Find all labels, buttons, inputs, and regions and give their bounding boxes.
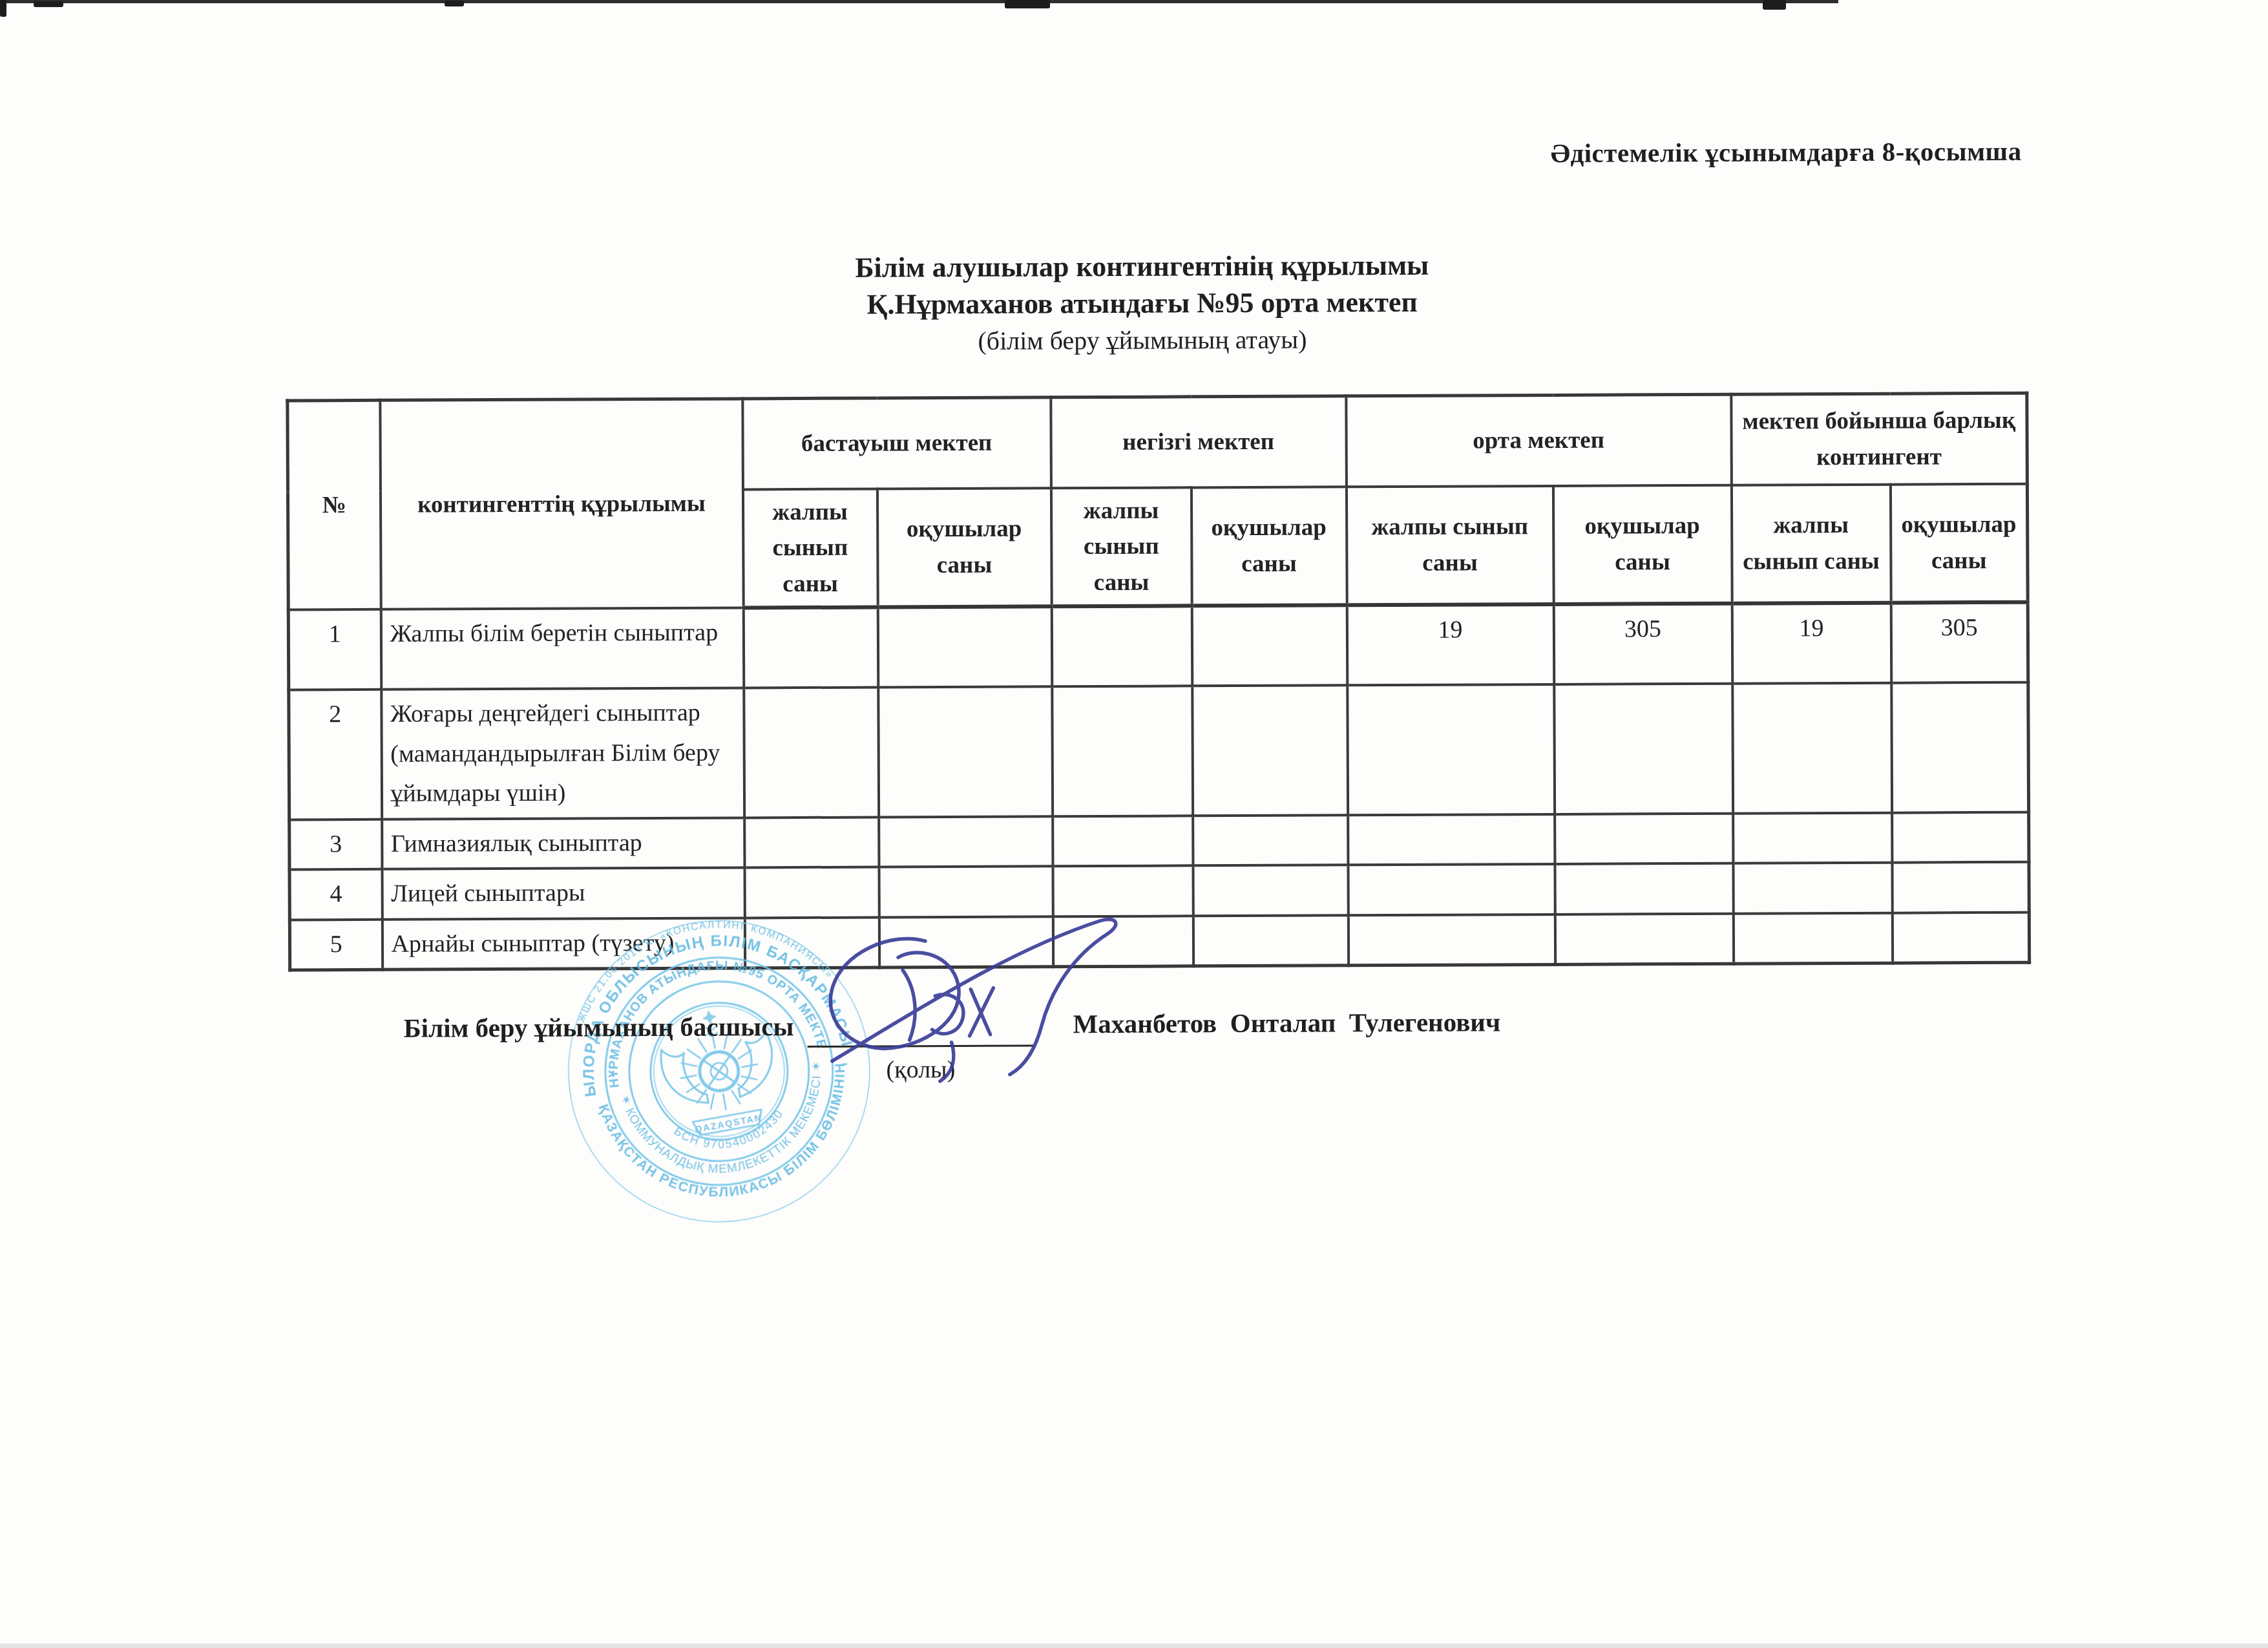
subheader-whole-classes: жалпы сынып саны bbox=[1731, 484, 1891, 604]
row-structure: Лицей сыныптары bbox=[382, 868, 744, 920]
org-name-caption: (білім беру ұйымының атауы) bbox=[632, 319, 1653, 361]
cell-value bbox=[1554, 684, 1733, 814]
cell-value bbox=[1891, 682, 2029, 813]
cell-value bbox=[1733, 863, 1892, 914]
subheader-whole-students: оқушылар саны bbox=[1890, 483, 2028, 602]
row-number: 4 bbox=[289, 869, 382, 920]
cell-value bbox=[1052, 686, 1193, 816]
cell-value bbox=[744, 687, 879, 818]
col-header-structure: контингенттің құрылымы bbox=[380, 399, 743, 609]
appendix-note: Әдістемелік ұсынымдарға 8-қосымша bbox=[1551, 136, 2022, 169]
cell-value bbox=[1892, 912, 2029, 963]
cell-value bbox=[1348, 864, 1555, 915]
cell-value bbox=[1733, 812, 1892, 863]
cell-value bbox=[743, 607, 878, 688]
group-header-primary-school: бастауыш мектеп bbox=[742, 397, 1051, 489]
cell-value bbox=[1555, 863, 1733, 914]
subheader-primary-classes: жалпы сынып саны bbox=[742, 489, 877, 607]
school-name-title: Қ.Нұрмаханов атындағы №95 орта мектеп bbox=[632, 282, 1653, 324]
subheader-primary-students: оқушылар саны bbox=[877, 488, 1051, 607]
cell-value bbox=[1193, 865, 1348, 916]
cell-value bbox=[1892, 862, 2029, 913]
cell-value: 19 bbox=[1732, 603, 1891, 684]
scanned-document-page: Әдістемелік ұсынымдарға 8-қосымша Білім … bbox=[0, 0, 2268, 1648]
group-header-basic-school: негізгі мектеп bbox=[1051, 396, 1347, 488]
row-structure: Жалпы білім беретін сыныптар bbox=[381, 607, 744, 689]
table-row: 3 Гимназиялық сыныптар bbox=[289, 812, 2029, 869]
subheader-basic-classes: жалпы сынып саны bbox=[1051, 487, 1192, 606]
cell-value bbox=[877, 606, 1052, 687]
group-header-secondary-school: орта мектеп bbox=[1346, 394, 1732, 487]
group-header-whole-school: мектеп бойынша барлық контингент bbox=[1731, 393, 2028, 485]
cell-value: 305 bbox=[1891, 602, 2028, 683]
cell-value bbox=[1193, 815, 1348, 866]
cell-value bbox=[1193, 915, 1348, 966]
cell-value bbox=[1348, 814, 1555, 865]
col-header-no: № bbox=[288, 400, 381, 609]
subheader-basic-students: оқушылар саны bbox=[1191, 487, 1347, 606]
row-number: 1 bbox=[288, 609, 381, 690]
document-content: Әдістемелік ұсынымдарға 8-қосымша Білім … bbox=[0, 0, 2268, 1648]
cell-value: 19 bbox=[1347, 604, 1554, 685]
signature bbox=[764, 898, 1165, 1107]
row-number: 2 bbox=[289, 690, 382, 819]
cell-value bbox=[1192, 685, 1348, 816]
cell-value bbox=[878, 686, 1053, 817]
subheader-secondary-students: оқушылар саны bbox=[1553, 485, 1732, 604]
row-structure: Жоғары деңгейдегі сыныптар (мамандандыры… bbox=[381, 688, 744, 819]
cell-value bbox=[1051, 606, 1192, 686]
table-row: 1 Жалпы білім беретін сыныптар 19 305 19… bbox=[288, 602, 2028, 690]
signature-label: Білім беру ұйымының басшысы bbox=[403, 1011, 793, 1044]
cell-value bbox=[744, 817, 879, 867]
row-number: 5 bbox=[289, 920, 382, 971]
cell-value bbox=[1192, 605, 1347, 686]
table-row: 2 Жоғары деңгейдегі сыныптар (маманданды… bbox=[289, 682, 2029, 819]
title-block: Білім алушылар контингентінің құрылымы Қ… bbox=[631, 246, 1653, 361]
cell-value bbox=[879, 816, 1053, 867]
cell-value bbox=[1555, 913, 1733, 964]
cell-value bbox=[1348, 914, 1555, 966]
cell-value bbox=[1347, 684, 1555, 815]
cell-value bbox=[1892, 812, 2029, 862]
cell-value bbox=[1555, 813, 1733, 864]
cell-value bbox=[1732, 683, 1892, 814]
document-title: Білім алушылар контингентінің құрылымы bbox=[631, 246, 1652, 287]
contingent-structure-table: № контингенттің құрылымы бастауыш мектеп… bbox=[286, 392, 2031, 972]
row-number: 3 bbox=[289, 819, 382, 869]
cell-value bbox=[1733, 913, 1892, 964]
subheader-secondary-classes: жалпы сынып саны bbox=[1346, 485, 1553, 605]
cell-value: 305 bbox=[1553, 604, 1732, 684]
cell-value bbox=[1053, 816, 1193, 866]
row-structure: Гимназиялық сыныптар bbox=[382, 818, 744, 869]
